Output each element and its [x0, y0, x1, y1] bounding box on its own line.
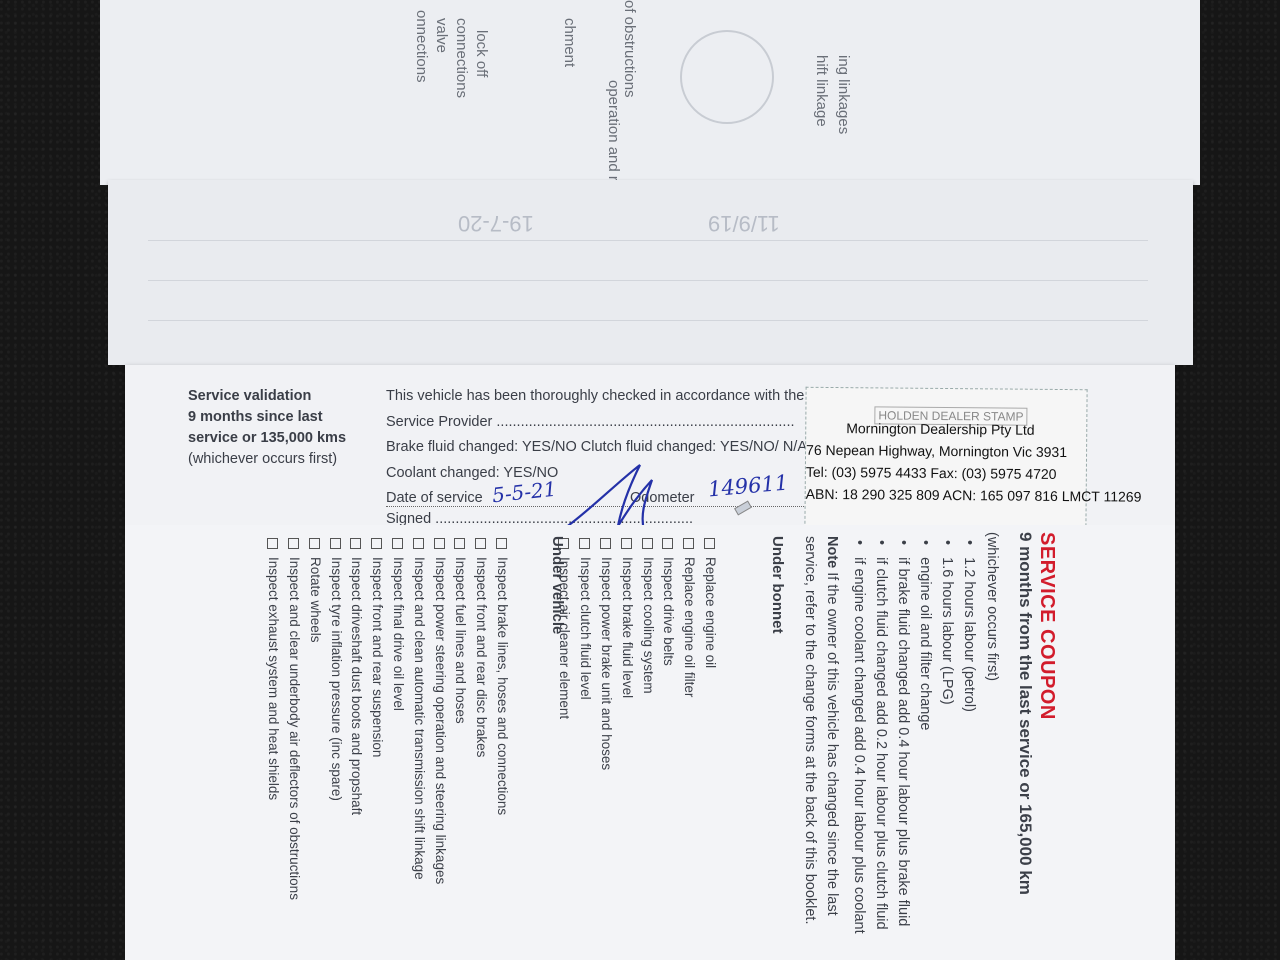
coupon-title: SERVICE COUPON	[1035, 532, 1058, 720]
dealer-contact: Tel: (03) 5975 4433 Fax: (03) 5975 4720	[806, 464, 1057, 482]
under-vehicle-title: Under vehicle	[549, 536, 566, 634]
under-vehicle-item-label: Inspect exhaust system and heat shields	[266, 557, 281, 800]
checkbox-icon[interactable]	[350, 538, 361, 549]
faded-stamp-circle	[680, 30, 774, 124]
checkbox-icon[interactable]	[475, 538, 486, 549]
checkbox-icon[interactable]	[454, 538, 465, 549]
under-vehicle-item-label: Inspect tyre inflation pressure (inc spa…	[329, 557, 344, 801]
under-vehicle-item[interactable]: Inspect brake lines, hoses and connectio…	[495, 538, 510, 815]
checkbox-icon[interactable]	[600, 538, 611, 549]
fragment: of obstructions	[621, 0, 638, 98]
checkbox-icon[interactable]	[662, 538, 673, 549]
under-vehicle-item[interactable]: Inspect driveshaft dust boots and propsh…	[349, 538, 364, 815]
coupon-bullet: • if engine coolant changed add 0.4 hour…	[851, 540, 867, 934]
under-vehicle-item[interactable]: Inspect exhaust system and heat shields	[266, 538, 281, 800]
under-vehicle-item[interactable]: Inspect front and rear disc brakes	[474, 538, 489, 757]
coupon-whichever: (whichever occurs first)	[984, 532, 1000, 681]
coupon-bullet: • if clutch fluid changed add 0.2 hour l…	[873, 540, 889, 930]
checkbox-icon[interactable]	[267, 538, 278, 549]
under-vehicle-item-label: Inspect brake lines, hoses and connectio…	[495, 557, 510, 815]
checkbox-icon[interactable]	[288, 538, 299, 549]
checkbox-icon[interactable]	[496, 538, 507, 549]
checkbox-icon[interactable]	[413, 538, 424, 549]
fluid-changed-field[interactable]: Brake fluid changed: YES/NO Clutch fluid…	[386, 439, 807, 455]
fragment: hift linkage	[813, 55, 830, 127]
under-vehicle-item[interactable]: Inspect front and rear suspension	[370, 538, 385, 757]
coupon-subtitle: 9 months from the last service or 165,00…	[1015, 532, 1035, 895]
under-vehicle-item-label: Rotate wheels	[308, 557, 323, 643]
embossed-date: 11/9/19	[708, 210, 780, 236]
under-bonnet-item-label: Replace engine oil	[703, 557, 718, 668]
divider	[148, 320, 1148, 321]
checkbox-icon[interactable]	[579, 538, 590, 549]
service-provider-field[interactable]: Service Provider .......................…	[386, 414, 795, 430]
validation-subtitle: (whichever occurs first)	[188, 451, 337, 467]
under-vehicle-item[interactable]: Inspect and clear underbody air deflecto…	[287, 538, 302, 900]
top-sheet: of obstructions operation and retractor …	[100, 0, 1200, 185]
dealer-stamp: HOLDEN DEALER STAMP Mornington Dealershi…	[804, 387, 1087, 531]
under-bonnet-item[interactable]: Inspect power brake unit and hoses	[599, 538, 614, 770]
under-vehicle-item[interactable]: Inspect fuel lines and hoses	[453, 538, 468, 724]
under-vehicle-item-label: Inspect final drive oil level	[391, 557, 406, 711]
fragment: onnections	[413, 10, 430, 83]
under-bonnet-item[interactable]: Inspect drive belts	[661, 538, 676, 666]
under-vehicle-item[interactable]: Inspect final drive oil level	[391, 538, 406, 711]
under-bonnet-item-label: Inspect cooling system	[641, 557, 656, 694]
under-bonnet-item[interactable]: Inspect brake fluid level	[620, 538, 635, 698]
fragment: connections	[453, 18, 470, 98]
under-bonnet-item-label: Inspect drive belts	[661, 557, 676, 666]
embossed-date: 19-7-20	[458, 210, 534, 236]
checkbox-icon[interactable]	[683, 538, 694, 549]
under-vehicle-item-label: Inspect power steering operation and ste…	[433, 557, 448, 884]
under-vehicle-item[interactable]: Rotate wheels	[308, 538, 323, 643]
fragment: valve	[433, 18, 450, 53]
signature-scribble	[560, 460, 670, 535]
under-vehicle-item[interactable]: Inspect power steering operation and ste…	[433, 538, 448, 884]
under-bonnet-item[interactable]: Replace engine oil	[703, 538, 718, 668]
under-bonnet-item[interactable]: Replace engine oil filter	[682, 538, 697, 697]
under-bonnet-item-label: Inspect power brake unit and hoses	[599, 557, 614, 770]
coupon-bullet: • if brake fluid changed add 0.4 hour la…	[895, 540, 911, 926]
under-vehicle-item-label: Inspect and clean automatic transmission…	[412, 557, 427, 880]
under-bonnet-item-label: Replace engine oil filter	[682, 557, 697, 697]
coupon-bullet: • 1.6 hours labour (LPG)	[939, 540, 955, 705]
under-bonnet-item-label: Inspect clutch fluid level	[578, 557, 593, 700]
coupon-bullet: • engine oil and filter change	[917, 540, 933, 731]
coupon-note: Note If the owner of this vehicle has ch…	[824, 536, 840, 916]
fragment: lock off	[473, 30, 490, 77]
coupon-bullet: • 1.2 hours labour (petrol)	[961, 540, 977, 712]
checkbox-icon[interactable]	[330, 538, 341, 549]
under-vehicle-item-label: Inspect fuel lines and hoses	[453, 557, 468, 724]
validation-title: service or 135,000 kms	[188, 430, 346, 446]
under-bonnet-item-label: Inspect brake fluid level	[620, 557, 635, 698]
divider	[148, 280, 1148, 281]
dealer-address: 76 Nepean Highway, Mornington Vic 3931	[806, 442, 1067, 460]
validation-title: 9 months since last	[188, 409, 323, 425]
dealer-name: Mornington Dealership Pty Ltd	[846, 420, 1034, 438]
checkbox-icon[interactable]	[392, 538, 403, 549]
checkbox-icon[interactable]	[309, 538, 320, 549]
under-vehicle-item-label: Inspect front and rear disc brakes	[474, 557, 489, 757]
under-vehicle-item[interactable]: Inspect and clean automatic transmission…	[412, 538, 427, 880]
under-bonnet-title: Under bonnet	[769, 536, 786, 634]
checkbox-icon[interactable]	[642, 538, 653, 549]
under-vehicle-item-label: Inspect and clear underbody air deflecto…	[287, 557, 302, 900]
under-vehicle-item-label: Inspect front and rear suspension	[370, 557, 385, 757]
checkbox-icon[interactable]	[704, 538, 715, 549]
validation-title: Service validation	[188, 388, 311, 404]
checkbox-icon[interactable]	[621, 538, 632, 549]
under-bonnet-item[interactable]: Inspect clutch fluid level	[578, 538, 593, 700]
checkbox-icon[interactable]	[371, 538, 382, 549]
under-vehicle-item[interactable]: Inspect tyre inflation pressure (inc spa…	[329, 538, 344, 801]
coupon-note: service, refer to the change forms at th…	[802, 536, 818, 924]
divider	[148, 240, 1148, 241]
fragment: chment	[561, 18, 578, 67]
fragment: ing linkages	[835, 55, 852, 134]
under-vehicle-item-label: Inspect driveshaft dust boots and propsh…	[349, 557, 364, 815]
previous-service-band: 19-7-20 11/9/19	[108, 180, 1193, 365]
checkbox-icon[interactable]	[434, 538, 445, 549]
under-bonnet-item[interactable]: Inspect cooling system	[641, 538, 656, 694]
dealer-abn: ABN: 18 290 325 809 ACN: 165 097 816 LMC…	[806, 486, 1142, 505]
